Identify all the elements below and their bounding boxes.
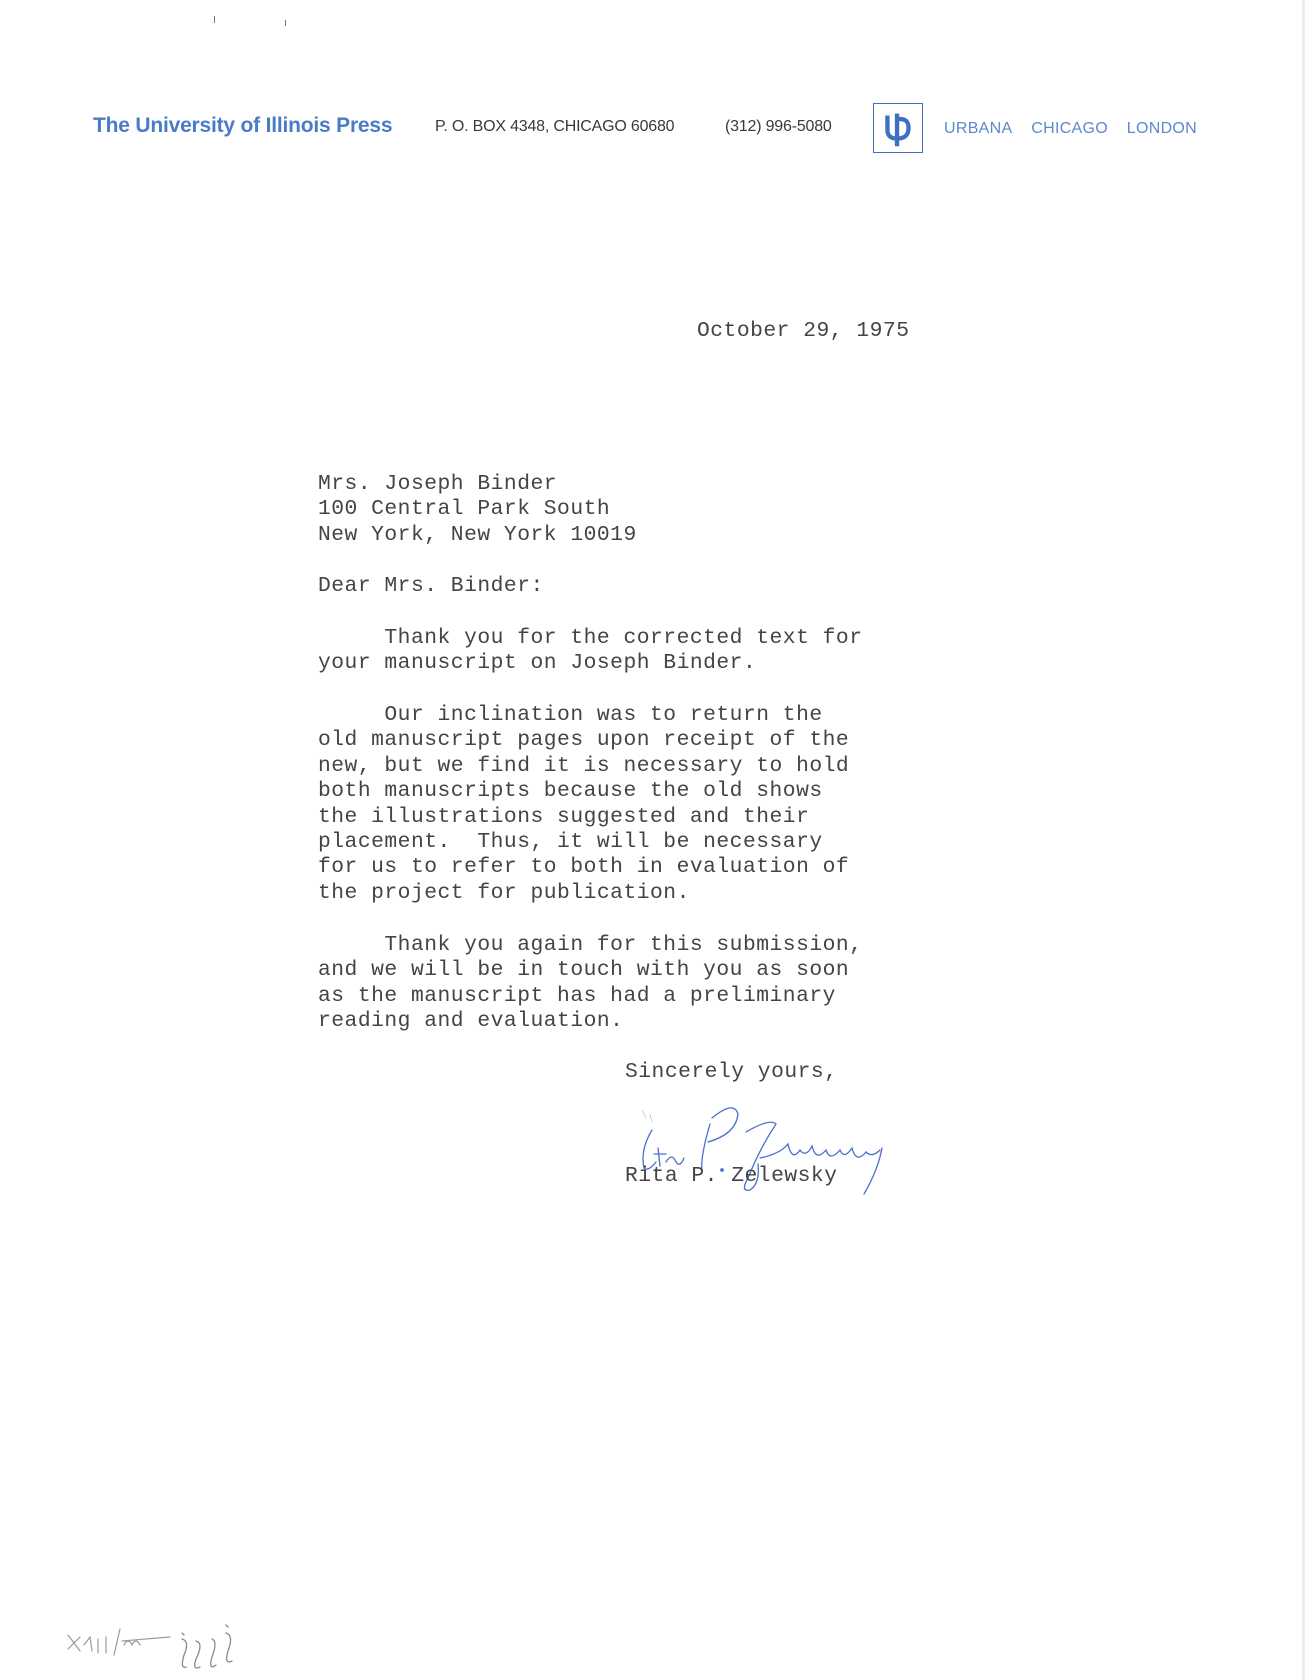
city-chicago: CHICAGO	[1031, 120, 1108, 137]
recipient-line: 100 Central Park South	[318, 497, 637, 522]
recipient-line: New York, New York 10019	[318, 523, 637, 548]
city-list: URBANA CHICAGO LONDON	[944, 120, 1211, 138]
city-urbana: URBANA	[944, 120, 1012, 137]
press-address: P. O. BOX 4348, CHICAGO 60680	[435, 118, 674, 136]
recipient-address: Mrs. Joseph Binder100 Central Park South…	[318, 472, 637, 548]
signer-name: Rita P. Zelewsky	[625, 1164, 837, 1189]
paragraph-1: Thank you for the corrected text for you…	[318, 626, 863, 677]
salutation: Dear Mrs. Binder:	[318, 574, 544, 599]
press-phone: (312) 996-5080	[725, 118, 832, 136]
city-london: LONDON	[1127, 120, 1197, 137]
up-logo-icon	[873, 103, 923, 153]
recipient-line: Mrs. Joseph Binder	[318, 472, 637, 497]
pencil-annotation: X-11/79 jjjj	[62, 1615, 252, 1675]
paragraph-3: Thank you again for this submission, and…	[318, 933, 863, 1035]
letter-date: October 29, 1975	[697, 319, 909, 344]
press-name: The University of Illinois Press	[93, 114, 392, 138]
scan-mark	[285, 20, 286, 26]
scan-mark	[214, 16, 215, 23]
closing: Sincerely yours,	[625, 1060, 837, 1085]
paragraph-2: Our inclination was to return the old ma…	[318, 703, 849, 906]
